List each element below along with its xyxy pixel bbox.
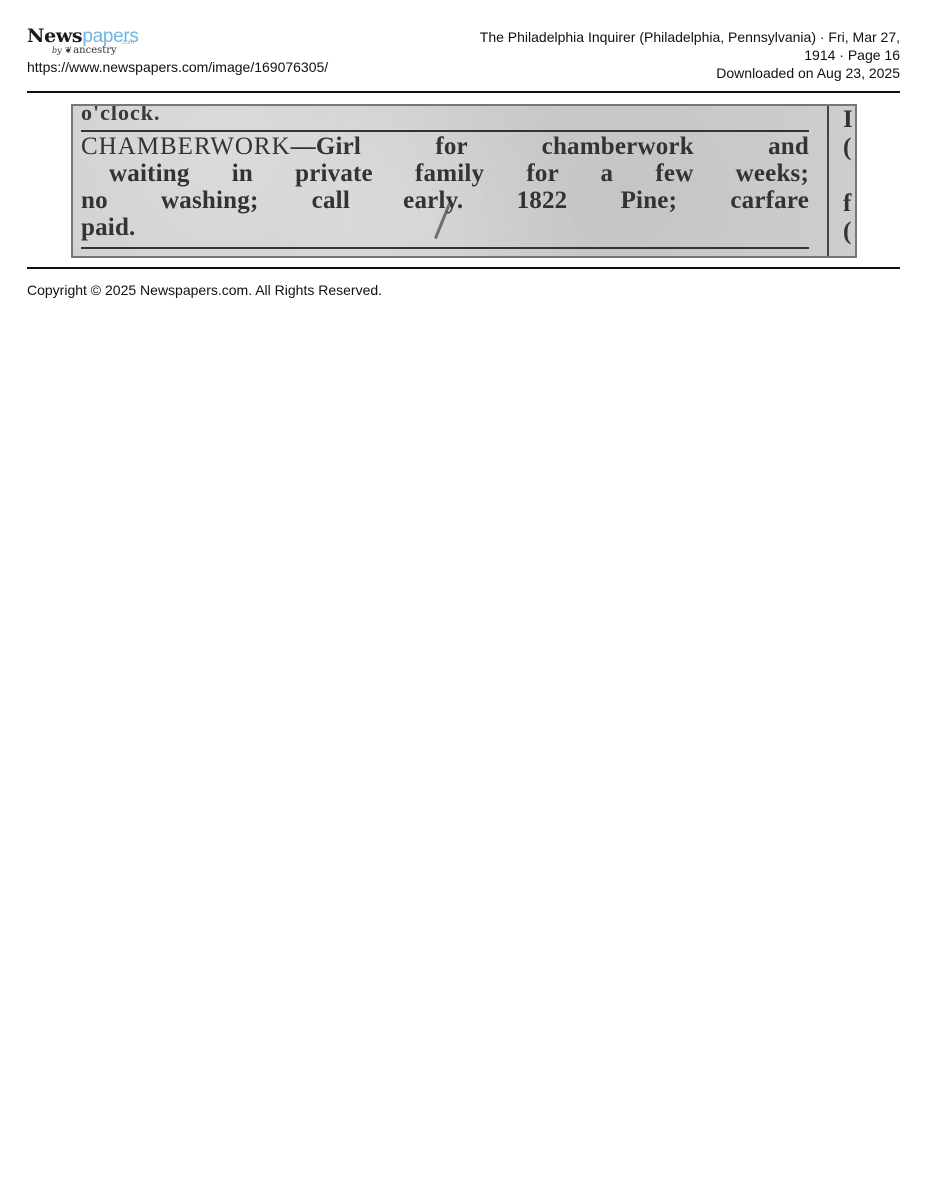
logo-by-text: by [52,46,62,55]
copyright-notice: Copyright © 2025 Newspapers.com. All Rig… [27,281,382,299]
classified-ad: CHAMBERWORK—Girl for chamberwork and wai… [81,133,809,241]
logo-news: News [27,25,82,47]
adjacent-glyph: ( [843,134,853,162]
ad-top-rule [81,130,809,132]
ad-bottom-rule [81,247,809,249]
newspapers-logo[interactable]: Newspapers .com by❦ancestry [27,26,147,58]
clipping-scan: o'clock. CHAMBERWORK—Girl for chamberwor… [73,106,855,256]
adjacent-glyph [843,162,853,190]
ad-line-2: waiting in private family for a few week… [81,160,809,187]
footer-divider [27,267,900,269]
logo-by-ancestry: by❦ancestry [52,45,117,56]
newspaper-clipping: o'clock. CHAMBERWORK—Girl for chamberwor… [71,104,857,258]
adjacent-glyph: f [843,190,853,218]
logo-ancestry-text: ancestry [73,45,117,56]
ad-heading: CHAMBERWORK [81,133,291,160]
publication-meta: The Philadelphia Inquirer (Philadelphia,… [460,28,900,82]
column-divider [827,106,829,256]
adjacent-column-fragment: I ( f ( [843,106,853,246]
adjacent-glyph: ( [843,218,853,246]
page-header: Newspapers .com by❦ancestry https://www.… [27,26,900,86]
ad-line-1: CHAMBERWORK—Girl for chamberwork and [81,133,809,160]
publication-line-2: 1914 · Page 16 [460,46,900,64]
image-url[interactable]: https://www.newspapers.com/image/1690763… [27,59,328,75]
adjacent-glyph: I [843,106,853,134]
publication-line-1: The Philadelphia Inquirer (Philadelphia,… [460,28,900,46]
ad-line-1-text: —Girl for chamberwork and [291,133,809,160]
downloaded-date: Downloaded on Aug 23, 2025 [460,64,900,82]
previous-ad-tail: o'clock. [81,104,161,126]
header-divider [27,91,900,93]
logo-com: .com [121,40,134,46]
ancestry-leaf-icon: ❦ [65,46,73,56]
